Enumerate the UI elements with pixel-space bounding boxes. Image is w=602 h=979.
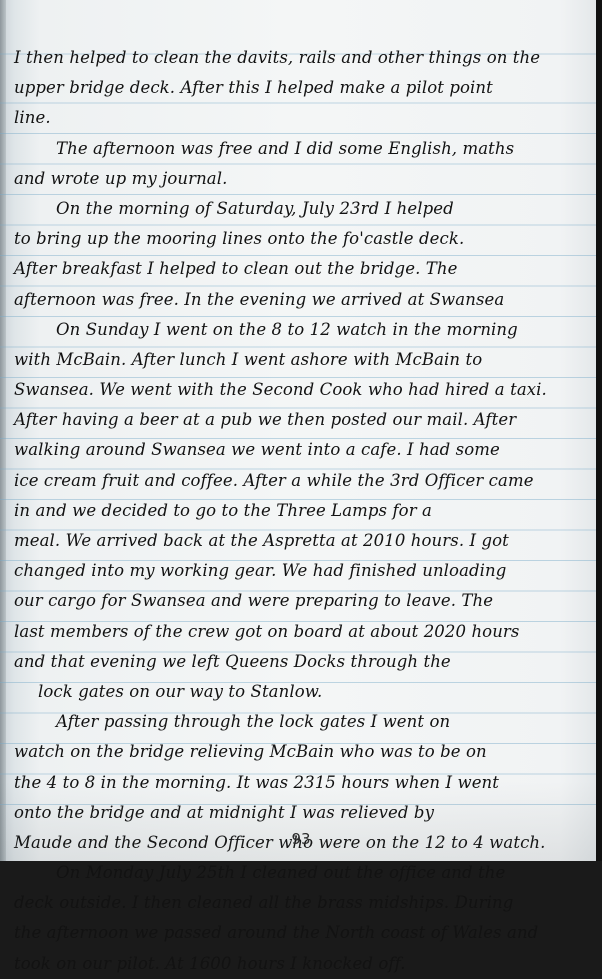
text-line: meal. We arrived back at the Aspretta at…: [14, 526, 586, 556]
text-line: On Sunday I went on the 8 to 12 watch in…: [14, 315, 586, 345]
page-number: 93: [0, 830, 602, 848]
text-line: Swansea. We went with the Second Cook wh…: [14, 375, 586, 405]
text-line: upper bridge deck. After this I helped m…: [14, 73, 586, 103]
text-line: After breakfast I helped to clean out th…: [14, 254, 586, 284]
text-line: ice cream fruit and coffee. After a whil…: [14, 466, 586, 496]
text-line: On the morning of Saturday, July 23rd I …: [14, 194, 586, 224]
text-line: and that evening we left Queens Docks th…: [14, 647, 586, 677]
text-line: After having a beer at a pub we then pos…: [14, 405, 586, 435]
notebook-page: I then helped to clean the davits, rails…: [0, 0, 602, 861]
text-line: in and we decided to go to the Three Lam…: [14, 496, 586, 526]
text-line: last members of the crew got on board at…: [14, 617, 586, 647]
text-line: and wrote up my journal.: [14, 164, 586, 194]
text-line: walking around Swansea we went into a ca…: [14, 435, 586, 465]
text-line: our cargo for Swansea and were preparing…: [14, 586, 586, 616]
text-line: to bring up the mooring lines onto the f…: [14, 224, 586, 254]
text-line: After passing through the lock gates I w…: [14, 707, 586, 737]
text-line: the 4 to 8 in the morning. It was 2315 h…: [14, 768, 586, 798]
text-line: The afternoon was free and I did some En…: [14, 134, 586, 164]
text-line: changed into my working gear. We had fin…: [14, 556, 586, 586]
text-line: lock gates on our way to Stanlow.: [14, 677, 586, 707]
handwritten-text: I then helped to clean the davits, rails…: [14, 43, 586, 861]
text-line: watch on the bridge relieving McBain who…: [14, 737, 586, 767]
text-line: onto the bridge and at midnight I was re…: [14, 798, 586, 828]
text-line: line.: [14, 103, 586, 133]
text-line: afternoon was free. In the evening we ar…: [14, 285, 586, 315]
text-line: with McBain. After lunch I went ashore w…: [14, 345, 586, 375]
text-line: I then helped to clean the davits, rails…: [14, 43, 586, 73]
